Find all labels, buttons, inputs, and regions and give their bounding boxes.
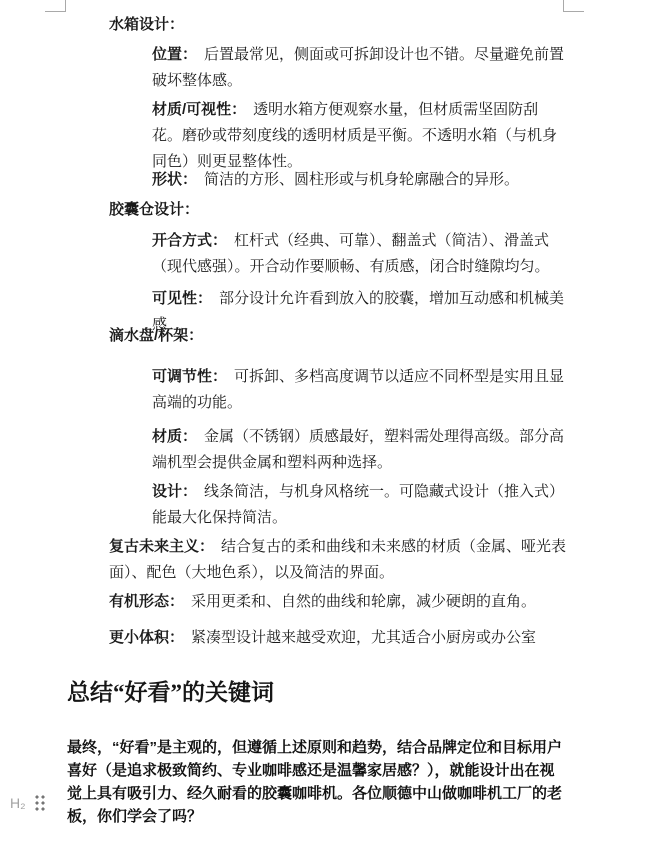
list-item-retro-futurism[interactable]: 复古未来主义：结合复古的柔和曲线和未来感的材质（金属、哑光表面）、配色（大地色系… bbox=[109, 534, 567, 586]
drag-handle-icon[interactable] bbox=[34, 794, 46, 812]
item-label: 材质： bbox=[152, 428, 197, 445]
section-heading-drip-tray[interactable]: 滴水盘/杯架： bbox=[109, 323, 567, 349]
document-page: 水箱设计： 位置：后置最常见，侧面或可拆卸设计也不错。尽量避免前置破坏整体感。 … bbox=[0, 0, 663, 841]
item-text: 简洁的方形、圆柱形或与机身轮廓融合的异形。 bbox=[204, 171, 519, 188]
section-heading-label: 滴水盘/杯架： bbox=[109, 327, 203, 344]
list-item-tray-material[interactable]: 材质：金属（不锈钢）质感最好，塑料需处理得高级。部分高端机型会提供金属和塑料两种… bbox=[152, 424, 567, 476]
item-label: 位置： bbox=[152, 46, 197, 63]
list-item-open-close[interactable]: 开合方式：杠杆式（经典、可靠）、翻盖式（简洁）、滑盖式（现代感强）。开合动作要顺… bbox=[152, 228, 567, 280]
item-label: 开合方式： bbox=[152, 232, 227, 249]
list-item-smaller-size[interactable]: 更小体积：紧凑型设计越来越受欢迎，尤其适合小厨房或办公室 bbox=[109, 625, 567, 651]
list-item-position[interactable]: 位置：后置最常见，侧面或可拆卸设计也不错。尽量避免前置破坏整体感。 bbox=[152, 42, 567, 94]
section-heading-label: 水箱设计： bbox=[109, 16, 184, 33]
item-label: 可调节性： bbox=[152, 368, 227, 385]
item-label: 形状： bbox=[152, 171, 197, 188]
list-item-shape[interactable]: 形状：简洁的方形、圆柱形或与机身轮廓融合的异形。 bbox=[152, 167, 567, 193]
item-text: 后置最常见，侧面或可拆卸设计也不错。尽量避免前置破坏整体感。 bbox=[152, 46, 564, 89]
page-margin-mark-top-right bbox=[563, 0, 584, 12]
item-text: 线条简洁，与机身风格统一。可隐藏式设计（推入式）能最大化保持简洁。 bbox=[152, 483, 564, 526]
item-text: 紧凑型设计越来越受欢迎，尤其适合小厨房或办公室 bbox=[191, 629, 536, 646]
summary-heading[interactable]: 总结“好看”的关键词 bbox=[67, 678, 567, 708]
item-label: 更小体积： bbox=[109, 629, 184, 646]
item-text: 金属（不锈钢）质感最好，塑料需处理得高级。部分高端机型会提供金属和塑料两种选择。 bbox=[152, 428, 564, 471]
block-controls: H₂ bbox=[10, 794, 46, 812]
list-item-organic-form[interactable]: 有机形态：采用更柔和、自然的曲线和轮廓，减少硬朗的直角。 bbox=[109, 589, 567, 615]
list-item-tray-design[interactable]: 设计：线条简洁，与机身风格统一。可隐藏式设计（推入式）能最大化保持简洁。 bbox=[152, 479, 567, 531]
item-label: 可见性： bbox=[152, 290, 212, 307]
section-heading-capsule-bay[interactable]: 胶囊仓设计： bbox=[109, 197, 567, 223]
section-heading-label: 胶囊仓设计： bbox=[109, 201, 199, 218]
item-label: 材质/可视性： bbox=[152, 101, 246, 118]
item-label: 有机形态： bbox=[109, 593, 184, 610]
section-heading-water-tank[interactable]: 水箱设计： bbox=[109, 12, 567, 38]
list-item-adjustability[interactable]: 可调节性：可拆卸、多档高度调节以适应不同杯型是实用且显高端的功能。 bbox=[152, 364, 567, 416]
conclusion-paragraph[interactable]: 最终，“好看”是主观的，但遵循上述原则和趋势，结合品牌定位和目标用户喜好（是追求… bbox=[67, 736, 567, 828]
item-label: 复古未来主义： bbox=[109, 538, 214, 555]
page-margin-mark-top-left bbox=[45, 0, 66, 12]
item-text: 采用更柔和、自然的曲线和轮廓，减少硬朗的直角。 bbox=[191, 593, 536, 610]
heading-level-badge[interactable]: H₂ bbox=[10, 794, 26, 812]
item-label: 设计： bbox=[152, 483, 197, 500]
list-item-material-visibility[interactable]: 材质/可视性：透明水箱方便观察水量，但材质需坚固防刮花。磨砂或带刻度线的透明材质… bbox=[152, 97, 567, 175]
